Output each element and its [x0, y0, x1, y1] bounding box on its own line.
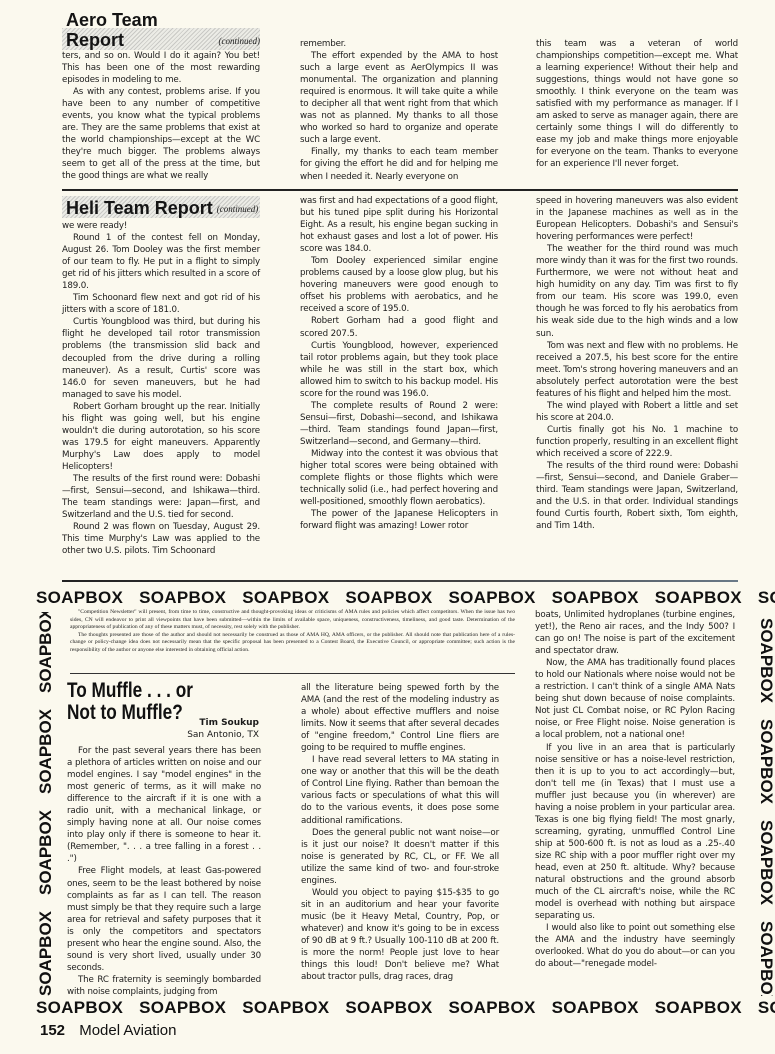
paragraph: Tom Dooley experienced similar engine pr… — [300, 255, 498, 315]
paragraph: this team was a veteran of world champio… — [536, 38, 738, 171]
paragraph: all the literature being spewed forth by… — [301, 682, 499, 754]
paragraph: Tom was next and flew with no problems. … — [536, 340, 738, 400]
paragraph: The wind played with Robert a little and… — [536, 400, 738, 424]
publication-name: Model Aviation — [79, 1022, 176, 1039]
soapbox-word: SOAPBOX — [756, 618, 775, 703]
paragraph: boats, Unlimited hydroplanes (turbine en… — [535, 609, 735, 657]
soapbox-word: SOAPBOX — [552, 998, 639, 1017]
heli-continued-label: (continued) — [217, 200, 258, 218]
paragraph: The results of the third round were: Dob… — [536, 460, 738, 532]
article-col-3: boats, Unlimited hydroplanes (turbine en… — [535, 609, 735, 970]
paragraph: I would also like to point out something… — [535, 922, 735, 970]
soapbox-banner-bottom: SOAPBOXSOAPBOXSOAPBOXSOAPBOXSOAPBOXSOAPB… — [36, 998, 775, 1018]
paragraph: Free Flight models, at least Gas-powered… — [67, 865, 261, 973]
page-footer: 152 Model Aviation — [40, 1022, 177, 1039]
soapbox-word: SOAPBOX — [36, 998, 123, 1017]
soapbox-disclaimer: "Competition Newsletter" will present, f… — [70, 609, 515, 655]
page-number: 152 — [40, 1022, 65, 1039]
paragraph: Tim Schoonard flew next and got rid of h… — [62, 292, 260, 316]
soapbox-word: SOAPBOX — [449, 588, 536, 607]
paragraph: Round 2 was flown on Tuesday, August 29.… — [62, 521, 260, 557]
paragraph: The results of the first round were: Dob… — [62, 473, 260, 521]
soapbox-word: SOAPBOX — [756, 719, 775, 804]
paragraph: The weather for the third round was much… — [536, 243, 738, 339]
article-col-1: For the past several years there has bee… — [67, 745, 261, 998]
aero-report-header: Aero Team Report (continued) — [62, 28, 260, 50]
disclaimer-paragraph-1: "Competition Newsletter" will present, f… — [70, 609, 515, 632]
aero-col-2: remember.The effort expended by the AMA … — [300, 38, 498, 183]
heli-col-1: we were ready!Round 1 of the contest fel… — [62, 220, 260, 557]
paragraph: Midway into the contest it was obvious t… — [300, 448, 498, 508]
soapbox-word: SOAPBOX — [36, 810, 56, 895]
paragraph: The RC fraternity is seemingly bombarded… — [67, 974, 261, 998]
soapbox-word: SOAPBOX — [242, 588, 329, 607]
author-location: San Antonio, TX — [67, 729, 259, 741]
soapbox-word: SOAPBOX — [655, 998, 742, 1017]
aero-report-title: Aero Team Report — [62, 10, 215, 50]
paragraph: The power of the Japanese Helicopters in… — [300, 508, 498, 532]
article-col-2: all the literature being spewed forth by… — [301, 682, 499, 983]
paragraph: As with any contest, problems arise. If … — [62, 86, 260, 182]
aero-col-1: ters, and so on. Would I do it again? Yo… — [62, 50, 260, 183]
disclaimer-paragraph-2: The thoughts presented are those of the … — [70, 632, 515, 655]
soapbox-word: SOAPBOX — [36, 911, 56, 996]
paragraph: If you live in an area that is particula… — [535, 742, 735, 923]
heli-col-3: speed in hovering maneuvers was also evi… — [536, 195, 738, 532]
paragraph: The effort expended by the AMA to host s… — [300, 50, 498, 146]
soapbox-word: SOAPBOX — [756, 820, 775, 905]
soapbox-word: SOAPBOX — [36, 588, 123, 607]
soapbox-word: SOAPBOX — [139, 998, 226, 1017]
paragraph: remember. — [300, 38, 498, 50]
paragraph: I have read several letters to MA statin… — [301, 754, 499, 826]
soapbox-word: SOAPBOX — [345, 998, 432, 1017]
paragraph: Curtis finally got his No. 1 machine to … — [536, 424, 738, 460]
paragraph: Does the general public not want noise—o… — [301, 827, 499, 887]
soapbox-top-rule — [62, 580, 738, 582]
soapbox-banner-top: SOAPBOXSOAPBOXSOAPBOXSOAPBOXSOAPBOXSOAPB… — [36, 588, 775, 608]
article-title-line-1: To Muffle . . . or — [67, 680, 223, 702]
paragraph: ters, and so on. Would I do it again? Yo… — [62, 50, 260, 86]
soapbox-word: SOAPBOX — [36, 709, 56, 794]
soapbox-word: SOAPBOX — [139, 588, 226, 607]
paragraph: we were ready! — [62, 220, 260, 232]
paragraph: Finally, my thanks to each team member f… — [300, 146, 498, 182]
aero-col-3: this team was a veteran of world champio… — [536, 38, 738, 171]
paragraph: speed in hovering maneuvers was also evi… — [536, 195, 738, 243]
paragraph: Round 1 of the contest fell on Monday, A… — [62, 232, 260, 292]
paragraph: Robert Gorham had a good flight and scor… — [300, 315, 498, 339]
paragraph: Now, the AMA has traditionally found pla… — [535, 657, 735, 741]
soapbox-word: SOAPBOX — [655, 588, 742, 607]
soapbox-word: SOAPBOX — [758, 998, 775, 1017]
soapbox-banner-right: SOAPBOXSOAPBOXSOAPBOXSOAPBOX — [754, 618, 775, 996]
heli-report-header: Heli Team Report (continued) — [62, 196, 260, 218]
paragraph: Robert Gorham brought up the rear. Initi… — [62, 401, 260, 473]
soapbox-word: SOAPBOX — [756, 921, 775, 996]
paragraph: The complete results of Round 2 were: Se… — [300, 400, 498, 448]
soapbox-word: SOAPBOX — [552, 588, 639, 607]
paragraph: Curtis Youngblood, however, experienced … — [300, 340, 498, 400]
aero-continued-label: (continued) — [219, 32, 260, 50]
paragraph: Would you object to paying $15-$35 to go… — [301, 887, 499, 983]
article-byline: Tim Soukup San Antonio, TX — [67, 717, 259, 741]
disclaimer-rule — [70, 673, 515, 674]
soapbox-word: SOAPBOX — [345, 588, 432, 607]
heli-report-title: Heli Team Report — [62, 198, 213, 218]
section-divider — [62, 189, 738, 191]
soapbox-banner-left: SOAPBOXSOAPBOXSOAPBOXSOAPBOX — [36, 612, 58, 996]
paragraph: was first and had expectations of a good… — [300, 195, 498, 255]
heli-col-2: was first and had expectations of a good… — [300, 195, 498, 532]
author-name: Tim Soukup — [67, 717, 259, 729]
soapbox-word: SOAPBOX — [449, 998, 536, 1017]
paragraph: For the past several years there has bee… — [67, 745, 261, 865]
soapbox-word: SOAPBOX — [242, 998, 329, 1017]
soapbox-word: SOAPBOX — [758, 588, 775, 607]
soapbox-word: SOAPBOX — [36, 612, 56, 693]
paragraph: Curtis Youngblood was third, but during … — [62, 316, 260, 400]
